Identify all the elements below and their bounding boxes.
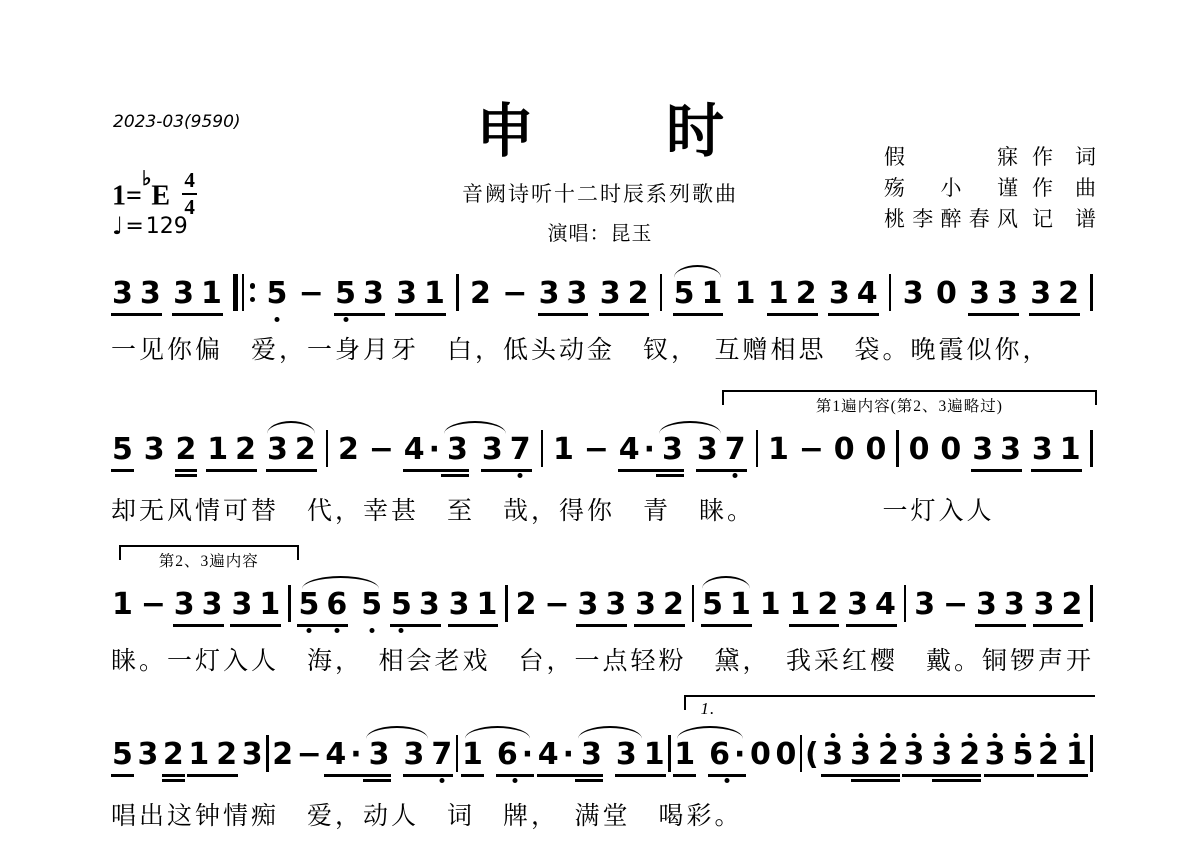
beam-line xyxy=(481,469,532,472)
note-digit: 3 xyxy=(419,590,440,620)
tie-group: 32 xyxy=(266,435,317,472)
note-digits: 0 xyxy=(865,435,888,469)
note-group: 5 xyxy=(360,590,383,624)
note-digit: 3 xyxy=(697,435,718,465)
note-digit: 2 xyxy=(628,279,649,309)
note-digit: 3 xyxy=(482,435,503,465)
note-digits: 4∙3 xyxy=(618,435,684,469)
note-digit: 5 xyxy=(702,590,723,620)
beam-line xyxy=(448,624,499,627)
beam-line xyxy=(162,774,185,777)
note-group: 0 xyxy=(749,740,772,774)
high-octave-dots xyxy=(993,733,998,738)
note-group: 1 xyxy=(111,590,134,624)
note-group: 5 xyxy=(265,279,288,313)
note-digit: 2 xyxy=(216,740,237,770)
octave-dot xyxy=(725,778,730,783)
note-group: 2 xyxy=(162,740,185,782)
note-digits: 12 xyxy=(789,590,840,624)
barline xyxy=(456,735,459,772)
beam-line xyxy=(846,624,897,627)
note-group: 1 xyxy=(461,740,484,777)
note-group: 2 xyxy=(469,279,492,313)
note-group: 33 xyxy=(173,590,224,627)
note-digit: 3 xyxy=(1030,279,1051,309)
duration-dash: − xyxy=(799,435,824,465)
note-digit: 3 xyxy=(363,279,384,309)
beam-line xyxy=(111,469,134,472)
barline xyxy=(1090,274,1093,311)
note-group: 0 xyxy=(833,435,856,469)
tie-group: 4∙337 xyxy=(618,435,747,477)
credit-name-char: 谨 xyxy=(997,172,1018,202)
partial-beam-line xyxy=(575,779,603,782)
beam-line xyxy=(266,469,317,472)
repeat-content-bracket: 第1遍内容(第2、3遍略过) xyxy=(722,390,1097,405)
note-group: 32 xyxy=(266,435,317,472)
note-digit: 3 xyxy=(903,279,924,309)
beam-line xyxy=(615,774,666,777)
note-group: 31 xyxy=(1031,435,1082,472)
note-digit: 2 xyxy=(796,279,817,309)
music-system: 第2、3遍内容1−333156553312−333251112343−3332睐… xyxy=(111,577,1093,677)
octave-dot xyxy=(993,733,998,738)
augmentation-dot: ∙ xyxy=(522,737,533,772)
note-digit: 2 xyxy=(1062,590,1083,620)
note-digit: 3 xyxy=(369,740,390,770)
lyrics-line: 唱出这钟情痴 爱，动人 词 牌， 满堂 喝彩。 xyxy=(111,796,1093,832)
note-digit: 3 xyxy=(997,279,1018,309)
note-digits: 32 xyxy=(634,590,685,624)
beam-line xyxy=(403,774,454,777)
credit-row: 殇小谨作曲 xyxy=(884,172,1096,196)
note-digit: 0 xyxy=(775,740,796,770)
note-digit: 0 xyxy=(909,435,930,465)
note-digit: 4 xyxy=(875,590,896,620)
note-group: 34 xyxy=(828,279,879,316)
note-digit: 3 xyxy=(1004,590,1025,620)
note-digit: 0 xyxy=(834,435,855,465)
note-digit: 5 xyxy=(391,590,412,620)
note-digit: 3 xyxy=(976,590,997,620)
note-group: 33 xyxy=(971,435,1022,472)
note-digit: 3 xyxy=(267,435,288,465)
duration-dash: − xyxy=(369,435,394,465)
barline xyxy=(1090,735,1093,772)
note-group: 12 xyxy=(789,590,840,627)
note-digits: 0 xyxy=(749,740,772,774)
note-group: 332 xyxy=(821,740,900,782)
high-octave-dots xyxy=(939,733,944,738)
note-digit: 1 xyxy=(553,435,574,465)
note-group: 32 xyxy=(1033,590,1084,627)
sheet-music-page: 2023-03(9590) 申时 音阙诗听十二时辰系列歌曲 演唱：昆玉 假寐作词… xyxy=(0,0,1200,850)
beam-line xyxy=(789,624,840,627)
note-group: 0 xyxy=(939,435,962,469)
note-digit: 2 xyxy=(878,740,899,770)
flat-icon: ♭ xyxy=(142,168,151,190)
note-digits: 31 xyxy=(615,740,666,774)
note-digit: 3 xyxy=(449,590,470,620)
music-system: 第1遍内容(第2、3遍略过)53212322−4∙3371−4∙3371−000… xyxy=(111,422,1093,527)
high-octave-dots xyxy=(1046,733,1051,738)
note-digits: 4∙3 xyxy=(324,740,390,774)
note-digit: 6 xyxy=(326,590,347,620)
title-character: 申 xyxy=(476,100,534,164)
tie-group: 51 xyxy=(701,590,752,627)
note-digits: 1 xyxy=(734,279,757,313)
note-digits: 4∙3 xyxy=(537,740,603,774)
octave-dot xyxy=(334,628,339,633)
note-digits: 1 xyxy=(552,435,575,469)
note-group: 332 xyxy=(902,740,981,782)
octave-dot xyxy=(274,317,279,322)
lyrics-line: 睐。一灯入人 海， 相会老戏 台，一点轻粉 黛， 我采红樱 戴。铜锣声开 xyxy=(111,641,1093,677)
note-group: 31 xyxy=(448,590,499,627)
beam-line xyxy=(984,774,1035,777)
beam-line xyxy=(634,624,685,627)
beam-line xyxy=(111,313,162,316)
note-digit: 3 xyxy=(903,740,924,770)
note-group: 1 xyxy=(673,740,696,777)
beam-line xyxy=(767,313,818,316)
barline xyxy=(456,274,459,311)
note-digit: 0 xyxy=(866,435,887,465)
note-group: 0 xyxy=(865,435,888,469)
credit-role-char: 记 xyxy=(1032,203,1053,233)
note-digit: 4∙ xyxy=(538,740,574,770)
note-group: 37 xyxy=(481,435,532,472)
note-digit: 7 xyxy=(510,435,531,465)
note-digits: 5 xyxy=(265,279,288,313)
octave-dot xyxy=(1020,733,1025,738)
music-system: 1.5321232−4∙33716∙4∙33116∙00(3323323521唱… xyxy=(111,727,1093,832)
note-digits: 56 xyxy=(297,590,348,624)
beam-line xyxy=(403,469,469,472)
beam-line xyxy=(696,469,747,472)
note-digit: 2 xyxy=(163,740,184,770)
beam-line xyxy=(968,313,1019,316)
note-group: 5 xyxy=(111,740,134,777)
note-group: 31 xyxy=(615,740,666,777)
note-group: 33 xyxy=(576,590,627,627)
credit-role-char: 作 xyxy=(1032,141,1053,171)
credit-role-char: 谱 xyxy=(1075,203,1096,233)
note-group: 0 xyxy=(908,435,931,469)
barline xyxy=(505,585,508,622)
beam-line xyxy=(395,313,446,316)
octave-dot xyxy=(886,733,891,738)
credit-role-char: 作 xyxy=(1032,172,1053,202)
note-group: 1 xyxy=(552,435,575,469)
credit-name-char: 寐 xyxy=(997,141,1018,171)
key-text: 1=♭E xyxy=(112,175,170,212)
high-octave-dots xyxy=(967,733,972,738)
note-digits: 33 xyxy=(971,435,1022,469)
octave-dot xyxy=(1074,733,1079,738)
tempo-marking: ♩ = 129 xyxy=(112,212,188,240)
note-group: 4∙3 xyxy=(537,740,603,782)
note-group: 0 xyxy=(935,279,958,313)
note-group: 53 xyxy=(334,279,385,316)
note-digits: 1 xyxy=(759,590,782,624)
title-character: 时 xyxy=(666,100,724,164)
credit-name: 桃李醉春风 xyxy=(884,203,1018,233)
note-digits: 31 xyxy=(395,279,446,313)
note-digits: 2 xyxy=(469,279,492,313)
beam-line xyxy=(1031,469,1082,472)
beam-line xyxy=(828,313,879,316)
note-digits: 2 xyxy=(337,435,360,469)
barline xyxy=(756,430,759,467)
note-digits: 53 xyxy=(334,279,385,313)
low-octave-dots xyxy=(334,628,339,633)
low-octave-dots xyxy=(725,778,730,783)
note-digit: 6∙ xyxy=(497,740,533,770)
note-group: 32 xyxy=(1029,279,1080,316)
note-digit: 1 xyxy=(188,740,209,770)
note-digits: 21 xyxy=(1037,740,1088,774)
note-digit: 3 xyxy=(567,279,588,309)
octave-dot xyxy=(399,628,404,633)
note-digit: 3 xyxy=(231,590,252,620)
credit-name-char: 桃 xyxy=(884,203,905,233)
note-group: 4∙3 xyxy=(403,435,469,477)
note-digits: 33 xyxy=(538,279,589,313)
barline xyxy=(668,735,671,772)
note-digits: 2 xyxy=(271,740,294,774)
note-group: 31 xyxy=(230,590,281,627)
augmentation-dot: ∙ xyxy=(563,737,574,772)
tie-group: 51 xyxy=(673,279,724,316)
beam-line xyxy=(821,774,900,777)
note-digits: 1 xyxy=(111,590,134,624)
note-digit: 3 xyxy=(969,279,990,309)
note-digit: 2 xyxy=(295,435,316,465)
note-digits: 6∙ xyxy=(708,740,746,774)
note-digits: 12 xyxy=(206,435,257,469)
note-digit: 3 xyxy=(914,590,935,620)
note-digit: 2 xyxy=(176,435,197,465)
note-digit: 5 xyxy=(112,740,133,770)
octave-dot xyxy=(250,297,256,303)
note-group: 3 xyxy=(913,590,936,624)
note-digit: 2 xyxy=(1058,279,1079,309)
octave-dot xyxy=(518,473,523,478)
low-octave-dots xyxy=(733,473,738,478)
note-digits: 32 xyxy=(1029,279,1080,313)
barline xyxy=(1090,585,1093,622)
note-digits: 3 xyxy=(136,740,159,774)
note-digit: 5 xyxy=(674,279,695,309)
credit-name-char: 小 xyxy=(941,172,962,202)
credit-name-char: 醉 xyxy=(941,203,962,233)
note-digit: 5 xyxy=(335,279,356,309)
note-digit: 0 xyxy=(936,279,957,309)
note-digit: 4∙ xyxy=(619,435,655,465)
credit-name-char: 假 xyxy=(884,141,905,171)
tie-group: 4∙331 xyxy=(537,740,666,782)
note-digit: 7 xyxy=(431,740,452,770)
beam-line xyxy=(334,313,385,316)
note-digits: 51 xyxy=(701,590,752,624)
barline xyxy=(692,585,695,622)
barline xyxy=(326,430,329,467)
note-group: 1 xyxy=(759,590,782,624)
octave-dot xyxy=(967,733,972,738)
note-digits: 2 xyxy=(162,740,185,774)
note-digit: 1 xyxy=(730,590,751,620)
note-digit: 1 xyxy=(701,279,722,309)
key-signature: 1=♭E 4 4 xyxy=(112,170,197,218)
note-digits: 33 xyxy=(968,279,1019,313)
beam-line xyxy=(701,624,752,627)
note-digit: 3 xyxy=(1034,590,1055,620)
note-digits: 1 xyxy=(461,740,484,774)
low-octave-dots xyxy=(274,317,279,322)
barline xyxy=(266,735,269,772)
note-digits: 31 xyxy=(230,590,281,624)
low-octave-dots xyxy=(518,473,523,478)
note-digit: 2 xyxy=(959,740,980,770)
note-group: 32 xyxy=(634,590,685,627)
credit-name-char: 殇 xyxy=(884,172,905,202)
note-digits: 12 xyxy=(767,279,818,313)
note-digits: 3 xyxy=(913,590,936,624)
credit-row: 桃李醉春风记谱 xyxy=(884,203,1096,227)
note-digit: 3 xyxy=(1000,435,1021,465)
note-digits: 31 xyxy=(172,279,223,313)
note-digit: 3 xyxy=(202,590,223,620)
low-octave-dots xyxy=(343,317,348,322)
note-digit: 1 xyxy=(112,590,133,620)
repeat-content-bracket: 1. xyxy=(684,695,1095,710)
note-group: 33 xyxy=(968,279,1019,316)
note-digit: 2 xyxy=(338,435,359,465)
note-digit: 1 xyxy=(674,740,695,770)
high-octave-dots xyxy=(830,733,835,738)
duration-dash: − xyxy=(141,590,166,620)
high-octave-dots xyxy=(886,733,891,738)
note-digit: 1 xyxy=(201,279,222,309)
note-digit: 1 xyxy=(1060,435,1081,465)
note-digits: 4∙3 xyxy=(403,435,469,469)
note-digits: 0 xyxy=(908,435,931,469)
note-digits: 332 xyxy=(821,740,900,774)
beam-line xyxy=(708,774,746,777)
beam-line xyxy=(496,774,534,777)
note-digits: 33 xyxy=(975,590,1026,624)
note-digit: 3 xyxy=(635,590,656,620)
note-digit: 3 xyxy=(600,279,621,309)
note-digit: 5 xyxy=(1013,740,1034,770)
octave-dot xyxy=(512,778,517,783)
note-digits: 37 xyxy=(481,435,532,469)
beam-line xyxy=(618,469,684,472)
note-digit: 4 xyxy=(857,279,878,309)
bracket-label: 第2、3遍内容 xyxy=(159,549,259,571)
note-group: 53 xyxy=(390,590,441,627)
beam-line xyxy=(172,313,223,316)
low-octave-dots xyxy=(512,778,517,783)
note-digit: 1 xyxy=(644,740,665,770)
beam-line xyxy=(1029,313,1080,316)
note-digits: 2 xyxy=(515,590,538,624)
credit-name-char: 风 xyxy=(997,203,1018,233)
duration-dash: − xyxy=(544,590,569,620)
note-digit: 3 xyxy=(829,279,850,309)
credit-name-char: 李 xyxy=(912,203,933,233)
note-group: 32 xyxy=(599,279,650,316)
credit-role: 作词 xyxy=(1032,141,1096,171)
note-group: 1 xyxy=(734,279,757,313)
note-group: 1 xyxy=(767,435,790,469)
note-digits: 1 xyxy=(673,740,696,774)
note-digit: 2 xyxy=(663,590,684,620)
note-digit: 1 xyxy=(735,279,756,309)
note-digit: 3 xyxy=(662,435,683,465)
note-digit: 1 xyxy=(477,590,498,620)
partial-beam-line xyxy=(441,474,469,477)
note-digit: 4∙ xyxy=(325,740,361,770)
beam-line xyxy=(230,624,281,627)
low-octave-dots xyxy=(306,628,311,633)
duration-dash: − xyxy=(502,279,527,309)
note-digits: 3 xyxy=(241,740,264,774)
note-digit: 3 xyxy=(972,435,993,465)
barline xyxy=(904,585,907,622)
note-digit: 3 xyxy=(539,279,560,309)
credit-name: 殇小谨 xyxy=(884,172,1018,202)
note-digit: 1 xyxy=(1066,740,1087,770)
note-group: 3 xyxy=(143,435,166,469)
note-digits: 32 xyxy=(266,435,317,469)
note-digits: 0 xyxy=(833,435,856,469)
barline xyxy=(1090,430,1093,467)
credit-name: 假寐 xyxy=(884,141,1018,171)
note-digits: 6∙ xyxy=(496,740,534,774)
note-digits: 31 xyxy=(1031,435,1082,469)
beam-line xyxy=(461,774,484,777)
lyrics-line: 一见你偏 爱，一身月牙 白，低头动金 钗， 互赠相思 袋。晚霞似你， xyxy=(111,330,1093,366)
augmentation-dot: ∙ xyxy=(644,432,655,467)
time-signature: 4 4 xyxy=(182,170,197,218)
note-group: 3 xyxy=(241,740,264,774)
credits-block: 假寐作词殇小谨作曲桃李醉春风记谱 xyxy=(884,141,1096,227)
note-digits: 37 xyxy=(696,435,747,469)
octave-dot xyxy=(858,733,863,738)
beam-line xyxy=(162,779,185,782)
tie-group: 4∙337 xyxy=(324,740,453,782)
note-digits: 3 xyxy=(902,279,925,313)
augmentation-dot: ∙ xyxy=(429,432,440,467)
repeat-thick-bar xyxy=(233,274,238,311)
note-group: 51 xyxy=(701,590,752,627)
note-digits: 332 xyxy=(902,740,981,774)
note-group: 12 xyxy=(206,435,257,472)
octave-dot xyxy=(939,733,944,738)
duration-dash: − xyxy=(584,435,609,465)
credit-role: 作曲 xyxy=(1032,172,1096,202)
octave-dot xyxy=(830,733,835,738)
note-digit: 3 xyxy=(144,435,165,465)
bracket-label: 1. xyxy=(700,699,715,719)
note-digits: 0 xyxy=(774,740,797,774)
barline xyxy=(800,735,803,772)
octave-dot xyxy=(306,628,311,633)
note-digits: 53 xyxy=(390,590,441,624)
note-group: 2 xyxy=(271,740,294,774)
